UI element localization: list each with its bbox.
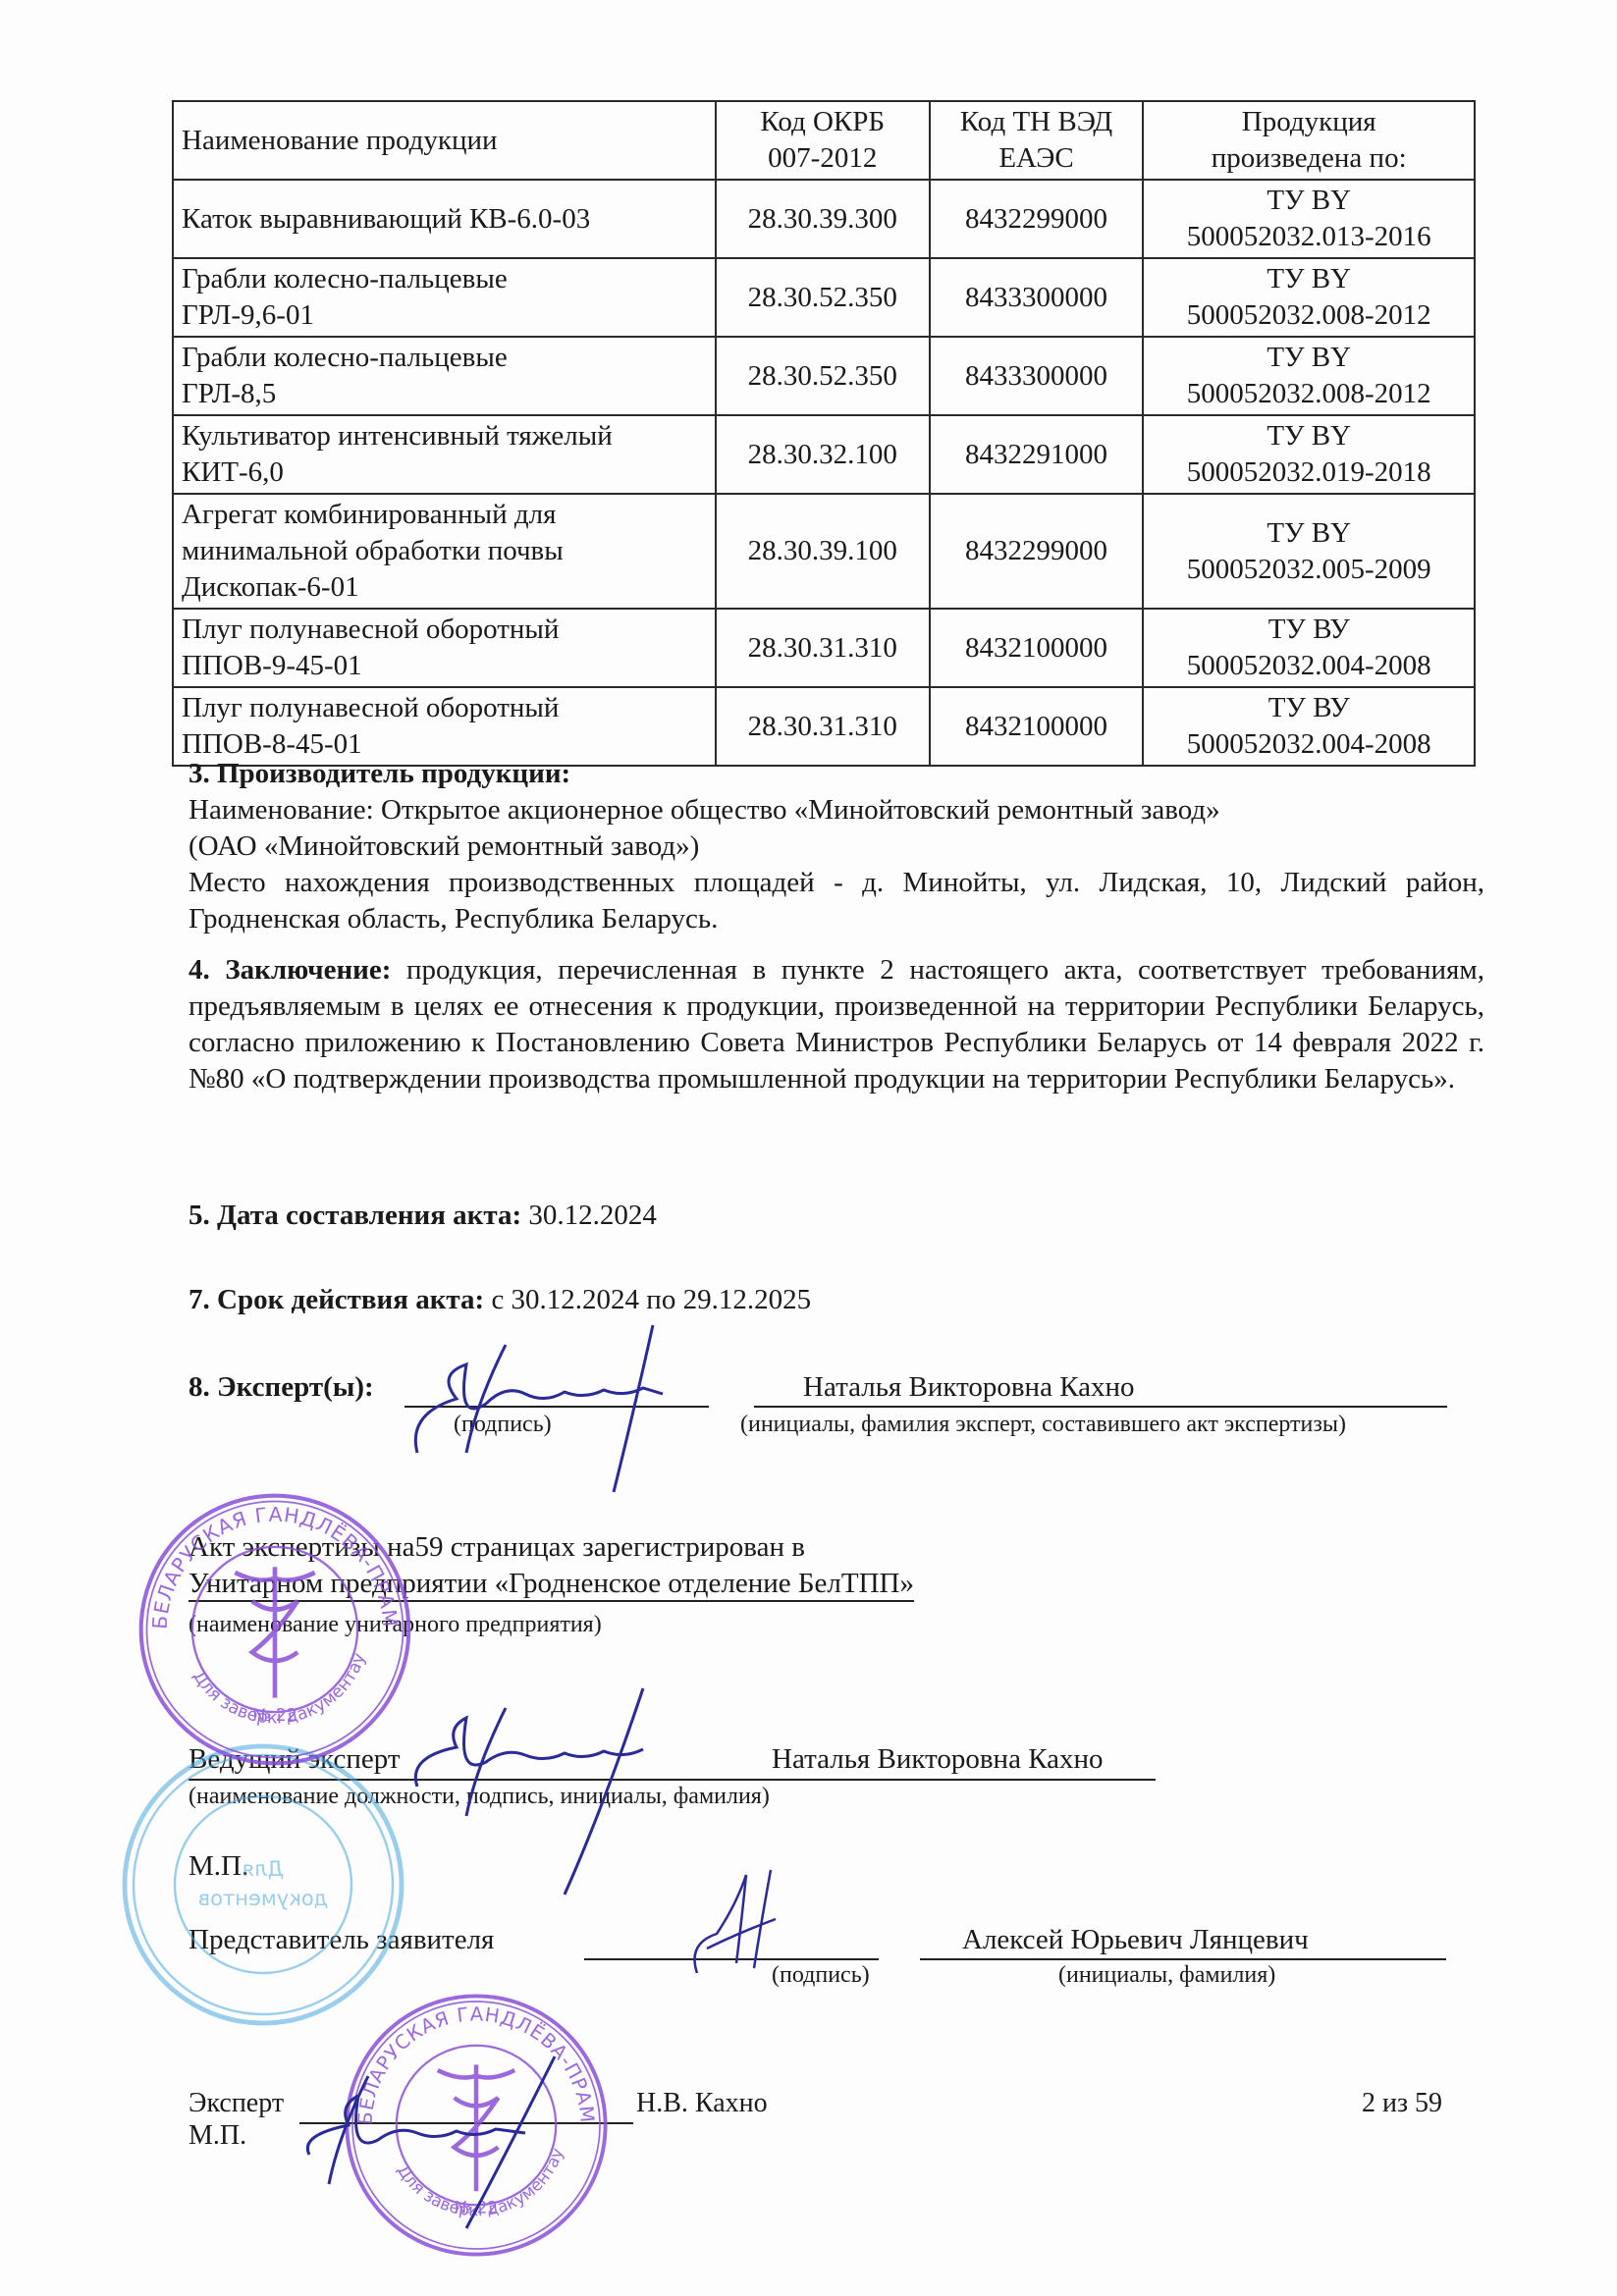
- section-5-heading: 5. Дата составления акта:: [189, 1200, 521, 1231]
- table-row: Каток выравнивающий КВ-6.0-03 28.30.39.3…: [173, 180, 1475, 258]
- table-row: Культиватор интенсивный тяжелыйКИТ-6,0 2…: [173, 415, 1475, 494]
- expert-name: Наталья Викторовна Кахно: [803, 1371, 1135, 1404]
- tn-ved-code-cell: 8432299000: [930, 180, 1144, 258]
- okrb-code-cell: 28.30.39.300: [716, 180, 930, 258]
- lead-expert-caption: (наименование должности, подпись, инициа…: [189, 1782, 770, 1811]
- footer-signature-icon: [290, 2047, 623, 2233]
- manufacturer-name: Наименование: Открытое акционерное общес…: [189, 792, 1484, 828]
- tu-cell: ТУ BY500052032.008-2012: [1143, 337, 1475, 415]
- table-row: Грабли колесно-пальцевыеГРЛ-9,6-01 28.30…: [173, 258, 1475, 337]
- table-row: Плуг полунавесной оборотныйППОВ-9-45-01 …: [173, 609, 1475, 687]
- header-produced-by: Продукцияпроизведена по:: [1143, 101, 1475, 180]
- tn-ved-code-cell: 8432299000: [930, 494, 1144, 609]
- tn-ved-code-cell: 8432291000: [930, 415, 1144, 494]
- registration-org-caption: (наименование унитарного предприятия): [189, 1610, 602, 1639]
- tn-ved-code-cell: 8432100000: [930, 609, 1144, 687]
- expert-name-caption: (инициалы, фамилия эксперт, составившего…: [740, 1410, 1346, 1439]
- tn-ved-code-cell: 8433300000: [930, 337, 1144, 415]
- validity-value: с 30.12.2024 по 29.12.2025: [491, 1284, 811, 1315]
- footer-expert-name: Н.В. Кахно: [636, 2088, 768, 2119]
- registration-line: Акт экспертизы на59 страницах зарегистри…: [189, 1531, 805, 1564]
- tu-cell: ТУ ВУ500052032.004-2008: [1143, 687, 1475, 766]
- expert-signature-icon: [398, 1306, 702, 1502]
- products-table: Наименование продукции Код ОКРБ007-2012 …: [172, 100, 1476, 767]
- header-tn-ved-code: Код ТН ВЭДЕАЭС: [930, 101, 1144, 180]
- header-product-name: Наименование продукции: [173, 101, 716, 180]
- expert-name-line: [754, 1406, 1447, 1408]
- okrb-code-cell: 28.30.32.100: [716, 415, 930, 494]
- page-count: 59: [415, 1531, 444, 1563]
- tu-cell: ТУ BY500052032.008-2012: [1143, 258, 1475, 337]
- svg-text:Для заверкі дакументаў: Для заверкі дакументаў: [189, 1651, 370, 1729]
- okrb-code-cell: 28.30.31.310: [716, 687, 930, 766]
- expert-signature-line: [404, 1406, 709, 1408]
- table-row: Грабли колесно-пальцевыеГРЛ-8,5 28.30.52…: [173, 337, 1475, 415]
- tu-cell: ТУ BY500052032.013-2016: [1143, 180, 1475, 258]
- tu-cell: ТУ ВУ500052032.004-2008: [1143, 609, 1475, 687]
- svg-text:№ 22: № 22: [455, 2198, 498, 2217]
- product-name-cell: Агрегат комбинированный дляминимальной о…: [173, 494, 716, 609]
- tu-cell: ТУ BY500052032.005-2009: [1143, 494, 1475, 609]
- table-row: Плуг полунавесной оборотныйППОВ-8-45-01 …: [173, 687, 1475, 766]
- document-page: Наименование продукции Код ОКРБ007-2012 …: [0, 0, 1617, 2296]
- okrb-code-cell: 28.30.31.310: [716, 609, 930, 687]
- registration-org: Унитарном предприятии «Гродненское отдел…: [189, 1568, 914, 1602]
- table-row: Агрегат комбинированный дляминимальной о…: [173, 494, 1475, 609]
- section-manufacturer: 3. Производитель продукции: Наименование…: [189, 756, 1484, 937]
- tn-ved-code-cell: 8433300000: [930, 258, 1144, 337]
- applicant-name-caption: (инициалы, фамилия): [1058, 1960, 1275, 1990]
- product-name-cell: Культиватор интенсивный тяжелыйКИТ-6,0: [173, 415, 716, 494]
- svg-text:№ 22: № 22: [252, 1706, 297, 1726]
- product-name-cell: Грабли колесно-пальцевыеГРЛ-8,5: [173, 337, 716, 415]
- signature-caption: (подпись): [454, 1410, 552, 1439]
- product-name-cell: Каток выравнивающий КВ-6.0-03: [173, 180, 716, 258]
- svg-text:БЕЛАРУСКАЯ ГАНДЛЁВА-ПРАМЫСЛОВА: БЕЛАРУСКАЯ ГАНДЛЁВА-ПРАМЫСЛОВАЯ ПАЛАТА: [339, 1988, 599, 2125]
- svg-text:документов: документов: [198, 1887, 328, 1910]
- mp-label: М.П.: [189, 1850, 248, 1883]
- section-act-date: 5. Дата составления акта: 30.12.2024: [189, 1200, 657, 1232]
- section-conclusion: 4. Заключение: продукция, перечисленная …: [189, 952, 1484, 1097]
- footer-signature-line: [299, 2122, 633, 2124]
- lead-expert-line: [189, 1779, 1156, 1781]
- product-name-cell: Грабли колесно-пальцевыеГРЛ-9,6-01: [173, 258, 716, 337]
- manufacturer-address: Место нахождения производственных площад…: [189, 865, 1484, 937]
- section-3-heading: 3. Производитель продукции:: [189, 756, 1484, 792]
- applicant-name: Алексей Юрьевич Лянцевич: [962, 1924, 1309, 1956]
- section-4-heading: 4. Заключение:: [189, 954, 391, 986]
- section-8-heading: 8. Эксперт(ы):: [189, 1371, 374, 1404]
- okrb-code-cell: 28.30.39.100: [716, 494, 930, 609]
- product-name-cell: Плуг полунавесной оборотныйППОВ-9-45-01: [173, 609, 716, 687]
- lead-expert-position: Ведущий эксперт: [189, 1743, 401, 1776]
- chamber-stamp-footer-icon: БЕЛАРУСКАЯ ГАНДЛЁВА-ПРАМЫСЛОВАЯ ПАЛАТА Д…: [339, 1988, 614, 2263]
- section-validity: 7. Срок действия акта: с 30.12.2024 по 2…: [189, 1284, 811, 1316]
- table-header-row: Наименование продукции Код ОКРБ007-2012 …: [173, 101, 1475, 180]
- okrb-code-cell: 28.30.52.350: [716, 258, 930, 337]
- tn-ved-code-cell: 8432100000: [930, 687, 1144, 766]
- lead-expert-name: Наталья Викторовна Кахно: [772, 1743, 1104, 1776]
- section-7-heading: 7. Срок действия акта:: [189, 1284, 484, 1315]
- okrb-code-cell: 28.30.52.350: [716, 337, 930, 415]
- applicant-signature-caption: (подпись): [772, 1960, 870, 1990]
- tu-cell: ТУ BY500052032.019-2018: [1143, 415, 1475, 494]
- product-name-cell: Плуг полунавесной оборотныйППОВ-8-45-01: [173, 687, 716, 766]
- svg-text:Для заверкі дакументаў: Для заверкі дакументаў: [394, 2145, 567, 2219]
- manufacturer-short-name: (ОАО «Минойтовский ремонтный завод»): [189, 828, 1484, 865]
- footer-mp-label: М.П.: [189, 2120, 246, 2152]
- header-okrb-code: Код ОКРБ007-2012: [716, 101, 930, 180]
- footer-expert-label: Эксперт: [189, 2088, 284, 2119]
- act-date-value: 30.12.2024: [528, 1200, 657, 1231]
- applicant-label: Представитель заявителя: [189, 1924, 494, 1956]
- page-indicator: 2 из 59: [1362, 2088, 1442, 2119]
